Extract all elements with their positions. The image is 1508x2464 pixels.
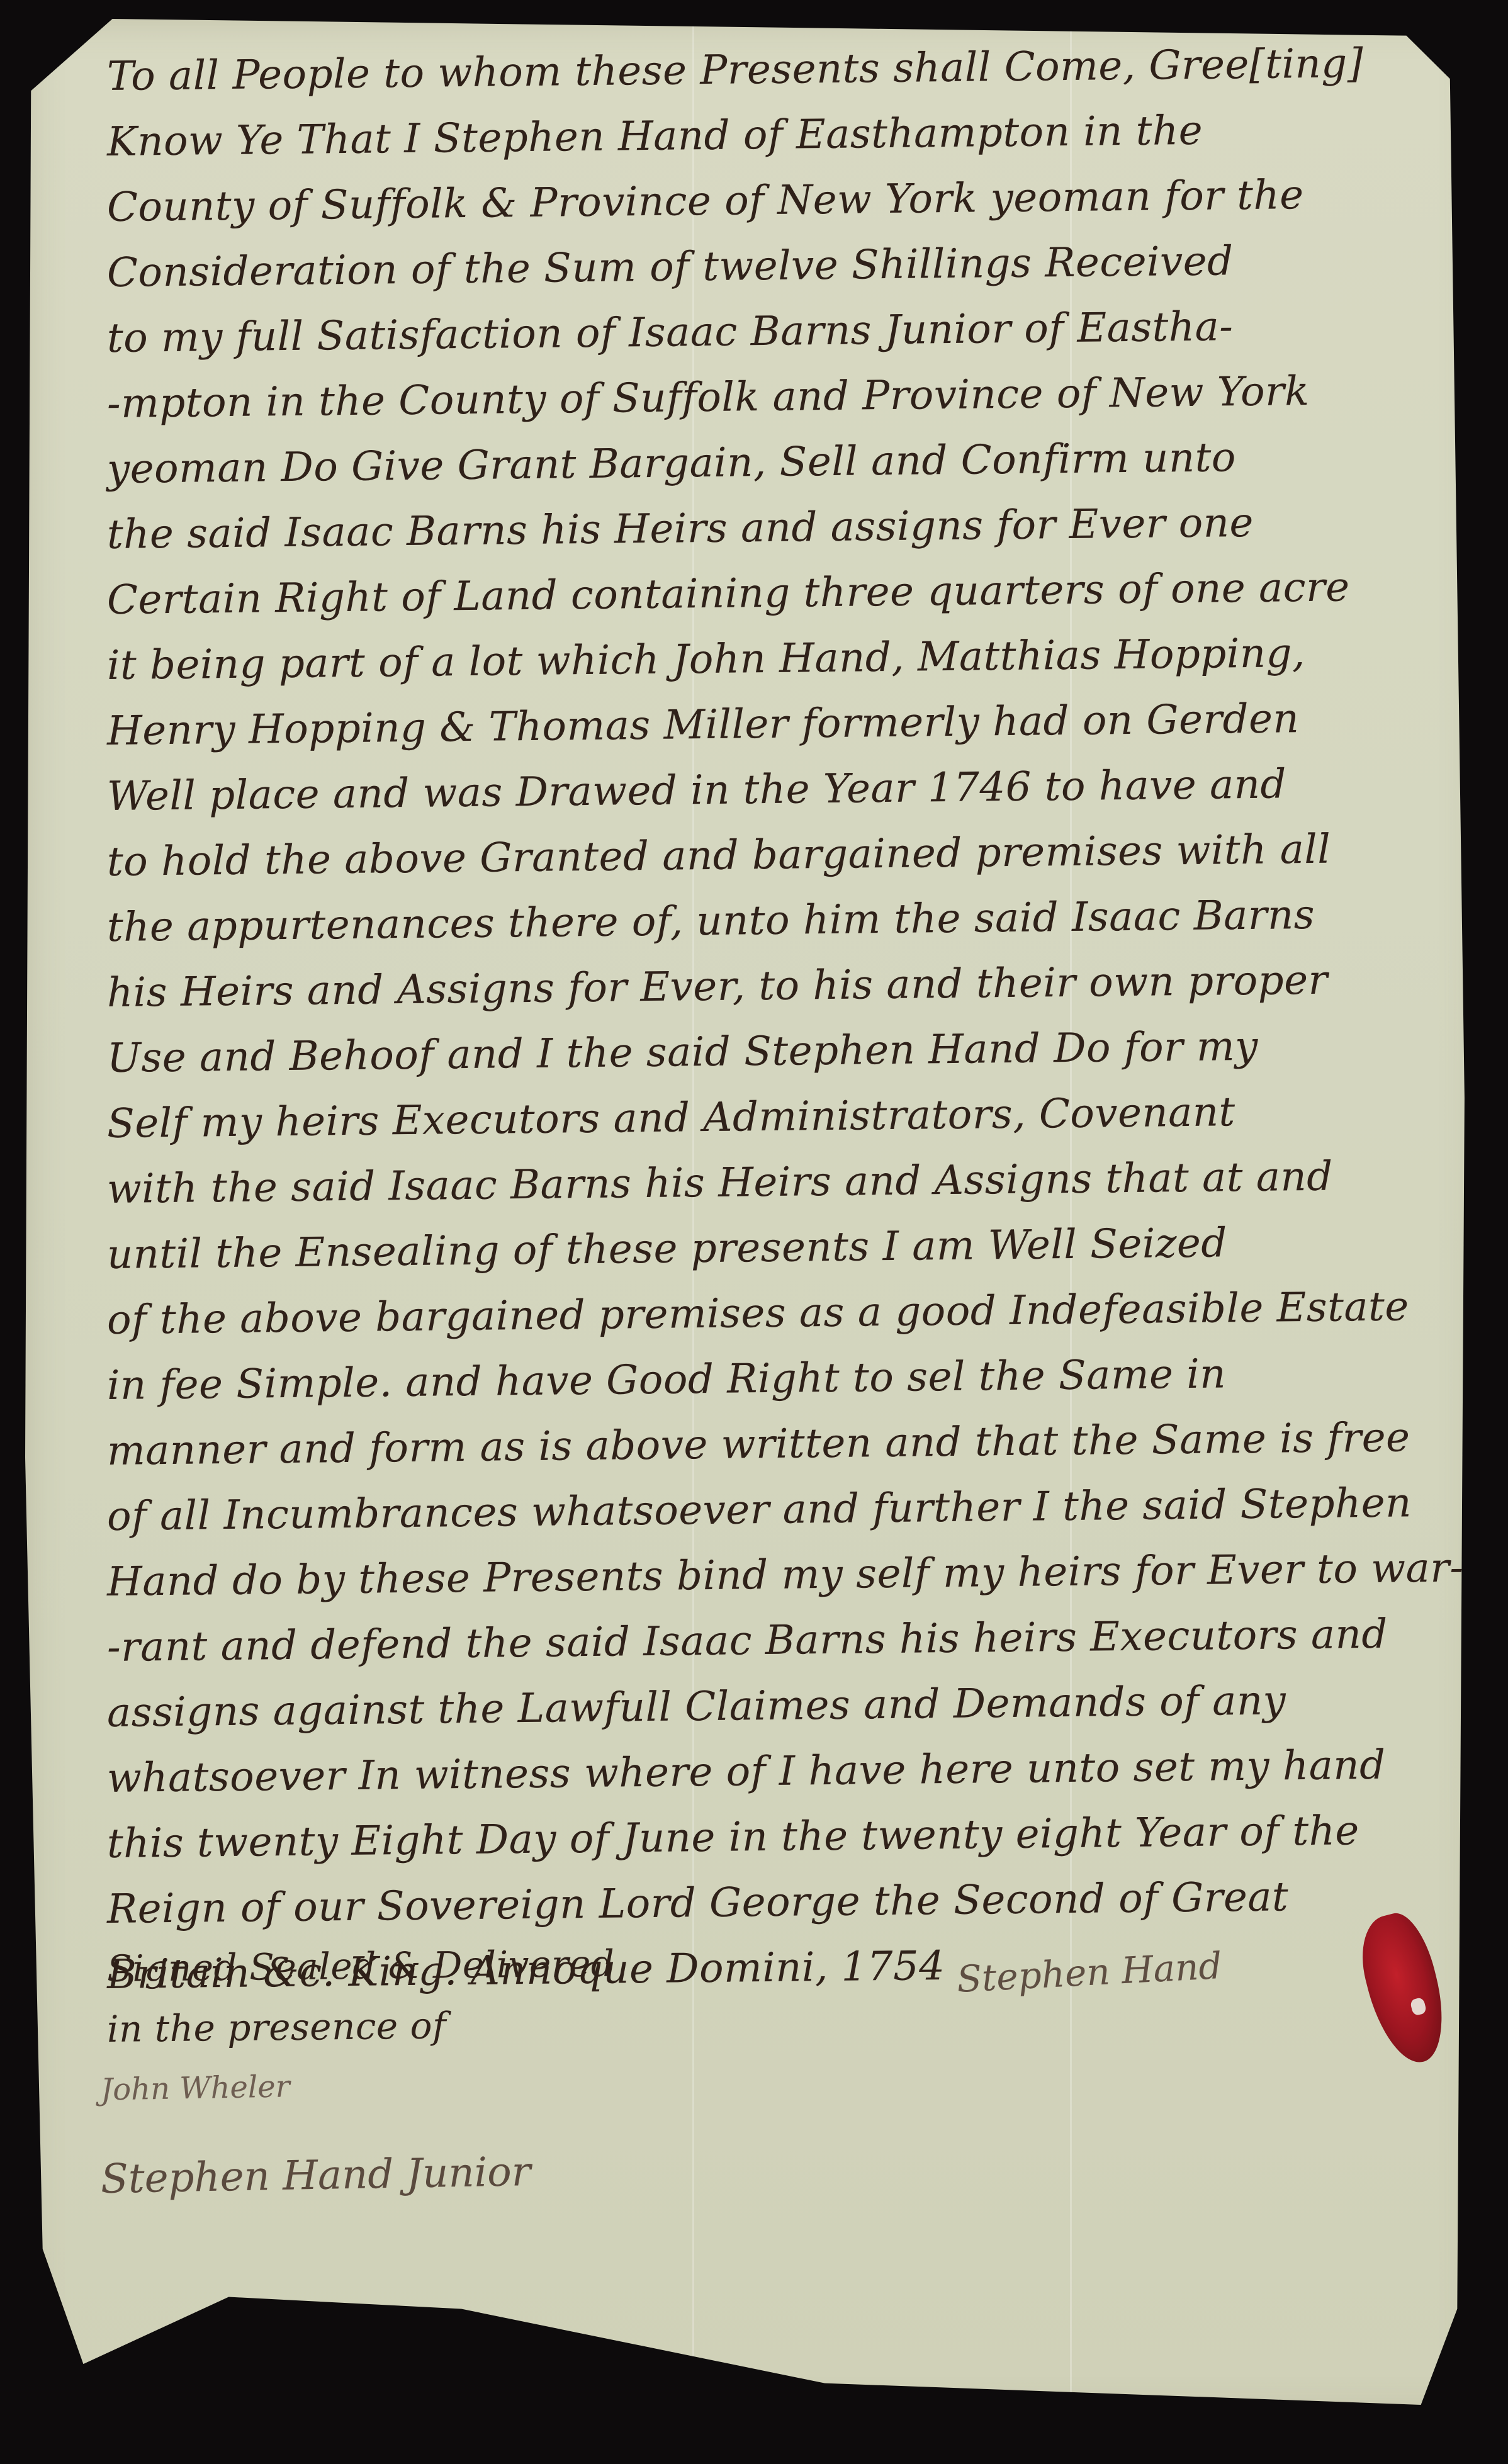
attestation-line: in the presence of [106,1994,614,2059]
witness-signature: Stephen Hand Junior [100,2149,531,2203]
witness-signature: John Wheler [101,2069,291,2107]
attestation-clause: Signed Sealed & Delivered in the presenc… [107,1938,615,2059]
attestation-line: Signed Sealed & Delivered [106,1933,614,1999]
deed-body: To all People to whom these Presents sha… [107,44,1460,2008]
seal-chip [1410,1997,1427,2017]
